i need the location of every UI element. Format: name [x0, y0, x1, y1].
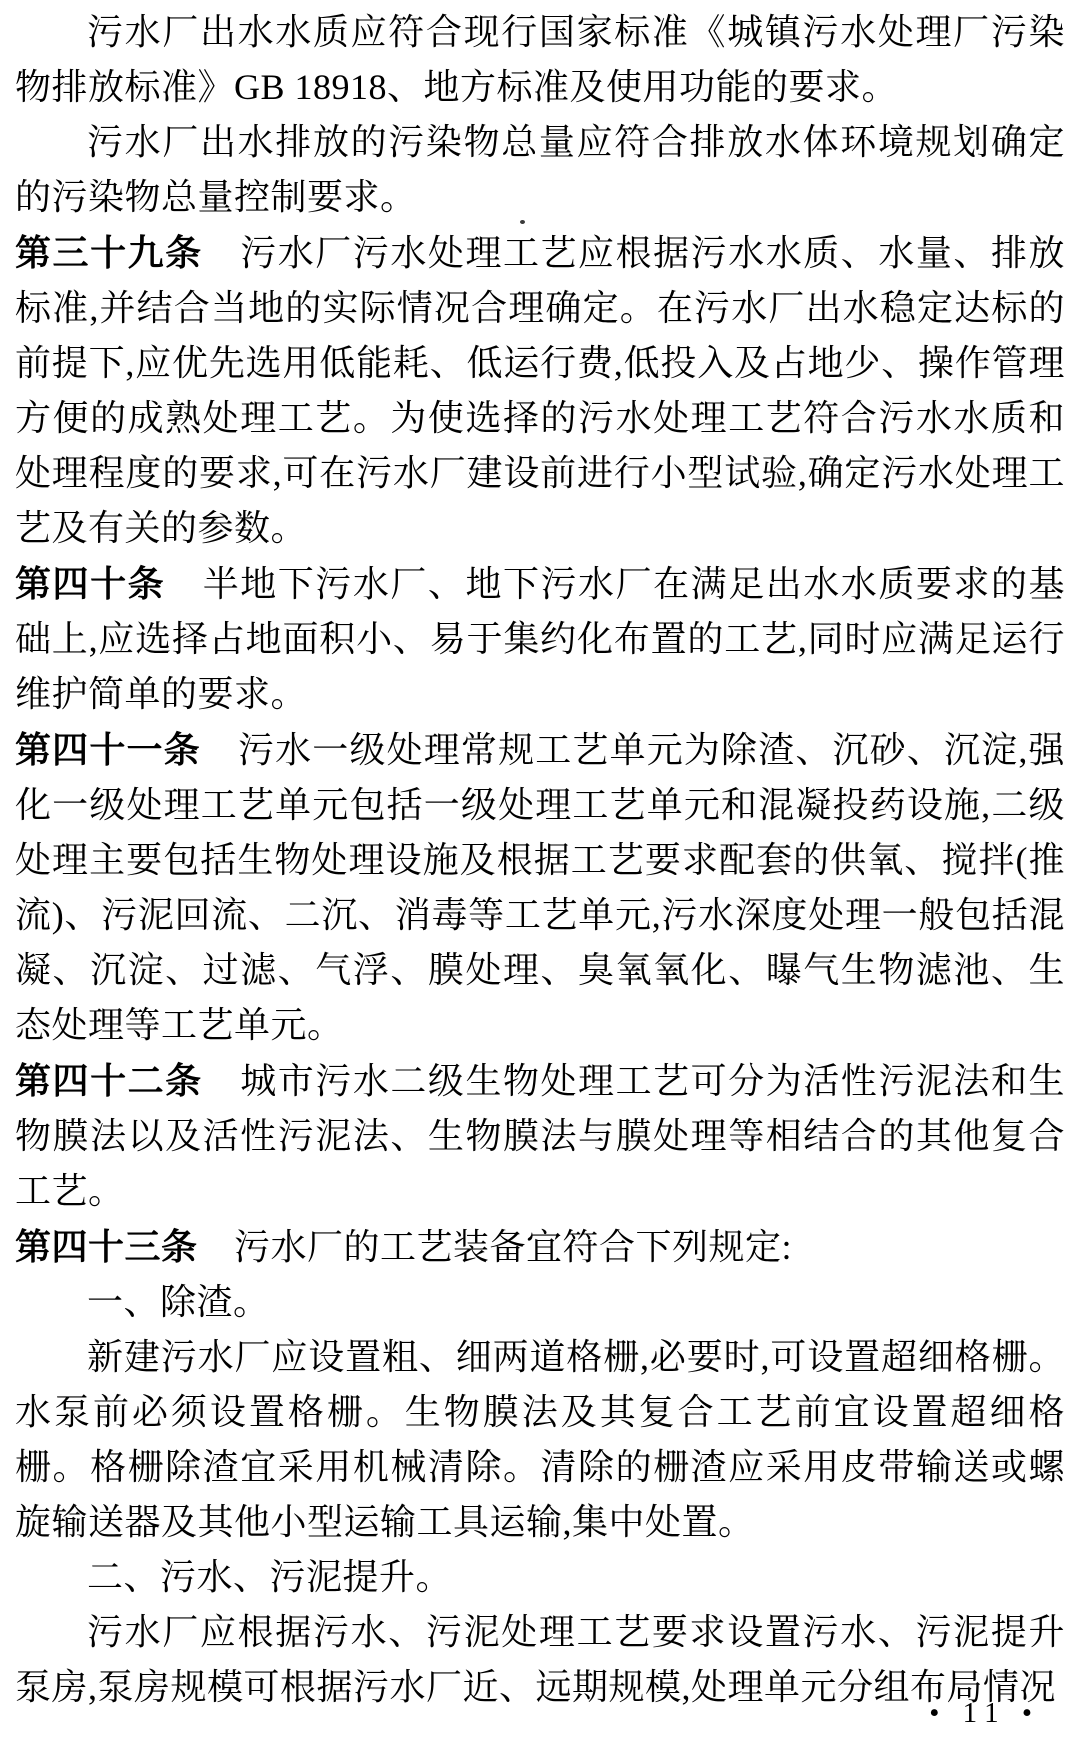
page-number: • 11 • [929, 1697, 1040, 1730]
paragraph-text: 污水一级处理常规工艺单元为除渣、沉砂、沉淀,强化一级处理工艺单元包括一级处理工艺… [15, 730, 1065, 1045]
article-number-heading: 第四十一条 [15, 729, 201, 770]
ink-speck [520, 220, 525, 224]
paragraph-text: 污水厂的工艺装备宜符合下列规定: [198, 1227, 793, 1267]
paragraph-pollutant-total: 污水厂出水排放的污染物总量应符合排放水体环境规划确定的污染物总量控制要求。 [15, 115, 1065, 225]
article-number-heading: 第四十条 [15, 563, 165, 604]
document-page: 污水厂出水水质应符合现行国家标准《城镇污水处理厂污染物排放标准》GB 18918… [0, 0, 1080, 1740]
article-number-heading: 第四十三条 [15, 1226, 198, 1267]
paragraph-effluent-quality: 污水厂出水水质应符合现行国家标准《城镇污水处理厂污染物排放标准》GB 18918… [15, 5, 1065, 115]
paragraph-text: 一、除渣。 [87, 1282, 270, 1322]
article-43: 第四十三条 污水厂的工艺装备宜符合下列规定: [15, 1219, 1065, 1275]
article-39: 第三十九条 污水厂污水处理工艺应根据污水水质、水量、排放标准,并结合当地的实际情… [15, 225, 1065, 556]
paragraph-text: 污水厂出水水质应符合现行国家标准《城镇污水处理厂污染物排放标准》GB 18918… [15, 12, 1065, 107]
item-2-body: 污水厂应根据污水、污泥处理工艺要求设置污水、污泥提升泵房,泵房规模可根据污水厂近… [15, 1605, 1065, 1715]
article-40: 第四十条 半地下污水厂、地下污水厂在满足出水水质要求的基础上,应选择占地面积小、… [15, 556, 1065, 722]
paragraph-text: 新建污水厂应设置粗、细两道格栅,必要时,可设置超细格栅。水泵前必须设置格栅。生物… [15, 1337, 1065, 1542]
item-1-body: 新建污水厂应设置粗、细两道格栅,必要时,可设置超细格栅。水泵前必须设置格栅。生物… [15, 1330, 1065, 1550]
paragraph-text: 污水厂污水处理工艺应根据污水水质、水量、排放标准,并结合当地的实际情况合理确定。… [15, 233, 1065, 548]
item-1-heading: 一、除渣。 [15, 1275, 1065, 1330]
article-number-heading: 第四十二条 [15, 1060, 203, 1101]
article-41: 第四十一条 污水一级处理常规工艺单元为除渣、沉砂、沉淀,强化一级处理工艺单元包括… [15, 722, 1065, 1053]
paragraph-text: 污水厂出水排放的污染物总量应符合排放水体环境规划确定的污染物总量控制要求。 [15, 122, 1065, 217]
item-2-heading: 二、污水、污泥提升。 [15, 1550, 1065, 1605]
paragraph-text: 半地下污水厂、地下污水厂在满足出水水质要求的基础上,应选择占地面积小、易于集约化… [15, 564, 1065, 714]
article-42: 第四十二条 城市污水二级生物处理工艺可分为活性污泥法和生物膜法以及活性污泥法、生… [15, 1053, 1065, 1219]
document-body: 污水厂出水水质应符合现行国家标准《城镇污水处理厂污染物排放标准》GB 18918… [15, 5, 1065, 1715]
paragraph-text: 污水厂应根据污水、污泥处理工艺要求设置污水、污泥提升泵房,泵房规模可根据污水厂近… [15, 1612, 1065, 1707]
paragraph-text: 二、污水、污泥提升。 [87, 1557, 452, 1597]
article-number-heading: 第三十九条 [15, 232, 203, 273]
